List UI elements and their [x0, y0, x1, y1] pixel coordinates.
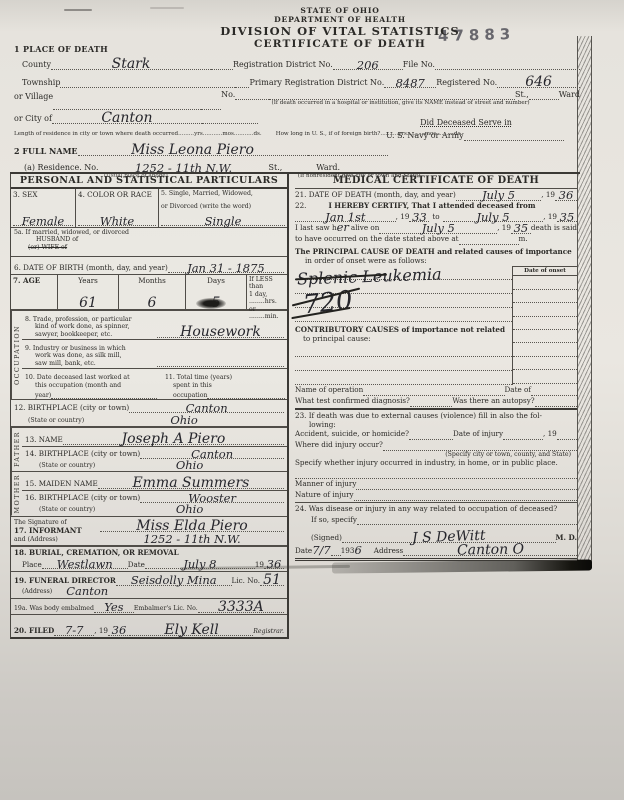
trade-label-3: sawyer, bookkeeper, etc.: [35, 331, 157, 338]
informant-label-3: and (Address): [14, 536, 100, 543]
blank-dotted-row: [295, 469, 577, 479]
birthplace-label: 12. BIRTHPLACE (city or town): [14, 403, 129, 413]
accident-row: Accident, suicide, or homicide? Date of …: [295, 429, 577, 440]
header-state: STATE OF OHIO: [160, 6, 520, 15]
alive-on-label: alive on: [351, 223, 379, 234]
father-group: FATHER 13. NAME Joseph A Piero 14. BIRTH…: [11, 428, 287, 472]
signed-date-value: 7/7: [312, 545, 331, 557]
dod-year-prefix: , 19: [541, 190, 555, 201]
her-handwritten: er: [337, 222, 349, 234]
row-16: 16. BIRTHPLACE (city or town) Wooster (S…: [22, 491, 287, 515]
manner-row: Manner of injury: [295, 479, 577, 490]
dob-label: 6. DATE OF BIRTH (month, day, and year): [14, 263, 168, 273]
manner-label: Manner of injury: [295, 479, 356, 490]
marital-cell: 5. Single, Married, Widowed, or Divorced…: [159, 189, 287, 227]
burial-date-value: July 8: [183, 559, 216, 571]
address-label: Address: [374, 546, 403, 557]
age-label: 7. AGE: [13, 276, 55, 286]
signed-date-label: Date: [295, 546, 312, 557]
signed-date-row: Date 7/7 193 6 Address Canton O: [295, 543, 577, 561]
where-injury-label: Where did injury occur?: [295, 440, 383, 451]
father-side-label: FATHER: [11, 428, 22, 471]
burial-place-value: Westlawn: [57, 559, 113, 571]
alive-year-prefix: , 19: [497, 223, 511, 234]
burial-year-value: 36: [267, 559, 282, 571]
county-label: County: [22, 60, 51, 70]
medical-title: MEDICAL CERTIFICATE OF DEATH: [295, 174, 577, 188]
contributory-line1: CONTRIBUTORY CAUSES of importance not re…: [295, 325, 512, 334]
burial-label: 18. BURIAL, CREMATION, OR REMOVAL: [14, 548, 284, 558]
signed-label: (Signed): [311, 533, 342, 544]
state-country-label: (State or country): [28, 417, 84, 424]
industry-label-2: work was done, as silk mill,: [35, 352, 157, 359]
test-label: What test confirmed diagnosis?: [295, 396, 410, 407]
accident-label: Accident, suicide, or homicide?: [295, 429, 409, 440]
label-5a: 5a. If married, widowed, or divorced: [14, 229, 284, 236]
primary-registration-label: Primary Registration District No.: [249, 78, 384, 88]
race-cell: 4. COLOR OR RACE White: [76, 189, 159, 227]
served-line2: U. S. Navy or Army: [386, 131, 464, 141]
less-than-cell: If LESS than 1 day, ........hrs. or ....…: [247, 275, 287, 309]
header-department: DEPARTMENT OF HEALTH: [160, 15, 520, 24]
trade-value: Housework: [180, 325, 261, 339]
dod-year-value: 36: [559, 190, 574, 202]
mother-group: MOTHER 15. MAIDEN NAME Emma Summers 16. …: [11, 472, 287, 517]
lic-no-label: Lic. No.: [232, 576, 260, 586]
row-19: 19. FUNERAL DIRECTOR Seisdolly Mina Lic.…: [11, 572, 287, 599]
row-12: 12. BIRTHPLACE (city or town) Canton (St…: [11, 400, 287, 428]
last-saw-row: I last saw h er alive on July 5 , 19 35 …: [295, 222, 577, 234]
father-name-value: Joseph A Piero: [122, 432, 226, 446]
father-birthplace-label: 14. BIRTHPLACE (city or town): [25, 449, 140, 459]
sex-value: Female: [22, 216, 64, 228]
if-so-label: If so, specify: [311, 515, 357, 526]
form-columns: PERSONAL AND STATISTICAL PARTICULARS 3. …: [10, 172, 580, 639]
embalmer-lic-label: Embalmer's Lic. No.: [134, 605, 198, 612]
autopsy-label: Was there an autopsy?: [452, 396, 534, 407]
item-23-line2: lowing:: [295, 421, 577, 430]
scanned-death-certificate: { "scan": { "stamp": "47883" }, "header"…: [0, 0, 624, 800]
burial-year-prefix: 19: [255, 560, 264, 570]
diagnosis-row: What test confirmed diagnosis? Was there…: [295, 396, 577, 410]
filed-year-prefix: , 19: [94, 626, 108, 636]
item-22-number: 22.: [295, 201, 306, 212]
m-label: m.: [519, 234, 528, 245]
age-cell: 7. AGE: [11, 275, 58, 309]
occurred-row: to have occurred on the date stated abov…: [295, 234, 577, 245]
row-13: 13. NAME Joseph A Piero: [22, 428, 287, 447]
township-row: Township Primary Registration District N…: [14, 70, 580, 88]
full-name-value: Miss Leona Piero: [131, 143, 254, 157]
date-of-death-row: 21. DATE OF DEATH (month, day, and year)…: [295, 188, 577, 201]
age-row: 7. AGE Years 61 Months 6 Days 5 If LESS …: [11, 275, 287, 311]
informant-label-2: 17. INFORMANT: [14, 526, 100, 536]
father-state-label: (State or country): [39, 462, 95, 469]
race-label: 4. COLOR OR RACE: [78, 190, 156, 200]
marital-label-2: or Divorced (write the word): [161, 203, 285, 210]
hospital-note: (If death occurred in a hospital or inst…: [221, 100, 580, 106]
attended-to-value: July 5: [476, 212, 509, 224]
registered-no-value: 646: [525, 75, 552, 89]
row-18: 18. BURIAL, CREMATION, OR REMOVAL Place …: [11, 547, 287, 572]
personal-particulars-column: PERSONAL AND STATISTICAL PARTICULARS 3. …: [10, 174, 289, 639]
cause-lines: CONTRIBUTORY CAUSES of importance not re…: [295, 266, 512, 385]
last-saw-label: I last saw h: [295, 223, 337, 234]
to-year-value: 35: [560, 212, 575, 224]
informant-signature: Miss Elda Piero: [136, 519, 247, 533]
specify-row: Specify whether injury occurred in indus…: [295, 458, 577, 469]
registered-no-label: Registered No.: [436, 78, 497, 88]
operation-date-label: Date of: [505, 385, 531, 396]
date-of-death-label: 21. DATE OF DEATH (month, day, and year): [295, 190, 456, 201]
filed-year-value: 36: [112, 625, 127, 637]
lic-no-value: 51: [263, 573, 281, 587]
cause-of-death-area: CONTRIBUTORY CAUSES of importance not re…: [295, 266, 577, 385]
occupation-side-label: OCCUPATION: [11, 311, 22, 399]
nature-label: Nature of injury: [295, 490, 354, 501]
injury-date-label: Date of injury: [453, 429, 503, 440]
date-of-onset-column: Date of onset: [512, 266, 577, 385]
residence-row: (a) Residence. No. 1252 - 11th N.W. St.,…: [14, 156, 580, 173]
fd-address-value: Canton: [66, 586, 108, 598]
ward-label: Ward: [559, 90, 580, 100]
filed-date-value: 7-7: [65, 625, 84, 637]
sex-cell: 3. SEX Female: [11, 189, 76, 227]
signed-row: (Signed) J S DeWitt M. D.: [295, 525, 577, 543]
residence-length-label: Length of residence in city or town wher…: [14, 131, 262, 137]
months-value: 6: [148, 296, 157, 310]
if-so-row: If so, specify: [295, 515, 577, 526]
wife-of-label: (or) WIFE of: [28, 244, 284, 251]
row-17: The Signature of 17. INFORMANT and (Addr…: [11, 517, 287, 547]
ink-blot: [196, 298, 226, 309]
less-label-2: 1 day, ........hrs.: [249, 291, 285, 306]
county-value: Stark: [112, 57, 151, 71]
dob-row: 6. DATE OF BIRTH (month, day, and year) …: [11, 257, 287, 275]
contributory-line2: to principal cause:: [303, 334, 512, 343]
from-year-prefix: , 19: [396, 212, 410, 223]
dob-value: Jan 31 - 1875: [187, 263, 265, 275]
embalmer-lic-value: 3333A: [218, 600, 264, 614]
mother-state-label: (State or country): [39, 506, 95, 513]
specify-label: Specify whether injury occurred in indus…: [295, 458, 558, 469]
contributory-heading: CONTRIBUTORY CAUSES of importance not re…: [295, 325, 512, 343]
no-label: No.: [221, 90, 235, 100]
days-cell: Days 5: [186, 275, 247, 309]
item-24-row: 24. Was disease or injury in any way rel…: [295, 504, 577, 515]
burial-date-label: Date: [128, 560, 145, 570]
marital-label-1: 5. Single, Married, Widowed,: [161, 190, 285, 197]
registrar-signature: Ely Kell: [164, 623, 218, 637]
to-year-prefix: , 19: [543, 212, 557, 223]
row-8: 8. Trade, profession, or particular kind…: [22, 311, 287, 340]
md-label: M. D.: [556, 533, 577, 544]
registrar-label: Registrar.: [253, 628, 284, 635]
county-row: County Stark Registration District No. 2…: [14, 54, 580, 70]
death-said-label: death is said: [531, 223, 577, 234]
personal-title: PERSONAL AND STATISTICAL PARTICULARS: [11, 174, 287, 189]
operation-row: Name of operation Date of: [295, 385, 577, 396]
village-row: or Village No. St., Ward (If death occur…: [14, 88, 580, 108]
embalmed-value: Yes: [104, 602, 123, 614]
mother-side-label: MOTHER: [11, 472, 22, 516]
street-ward-group: No. St., Ward (If death occurred in a ho…: [221, 88, 580, 106]
funeral-director-value: Seisdolly Mina: [131, 575, 217, 587]
months-cell: Months 6: [119, 275, 186, 309]
mother-name-label: 15. MAIDEN NAME: [25, 479, 98, 489]
occupation-related-label: 24. Was disease or injury in any way rel…: [295, 504, 557, 515]
navy-army-block: Did Deceased Serve in U. S. Navy or Army: [368, 118, 564, 141]
row-14: 14. BIRTHPLACE (city or town) Canton (St…: [22, 447, 287, 471]
years-label: Years: [60, 276, 116, 286]
village-label: or Village: [14, 92, 53, 102]
husband-of-label: HUSBAND of: [36, 236, 284, 243]
row-20: 20. FILED 7-7 , 19 36 Ely Kell Registrar…: [11, 615, 287, 637]
last-worked-label-3: year): [35, 392, 51, 399]
trade-label-1: 8. Trade, profession, or particular: [25, 316, 157, 323]
medical-certificate-column: MEDICAL CERTIFICATE OF DEATH 21. DATE OF…: [289, 174, 580, 561]
signed-year-prefix: 193: [341, 546, 355, 557]
registration-district-label: Registration District No.: [233, 60, 333, 70]
nature-row: Nature of injury: [295, 490, 577, 503]
years-value: 61: [79, 296, 97, 310]
last-worked-label-1: 10. Date deceased last worked at: [25, 374, 157, 381]
address-value: Canton O: [456, 543, 523, 558]
row-15: 15. MAIDEN NAME Emma Summers: [22, 472, 287, 491]
industry-label-3: saw mill, bank, etc.: [35, 360, 157, 367]
city-value: Canton: [101, 111, 152, 125]
race-value: White: [100, 216, 134, 228]
total-time-label-3: occupation: [173, 392, 207, 399]
header-division: DIVISION OF VITAL STATISTICS: [160, 24, 520, 38]
occurred-label: to have occurred on the date stated abov…: [295, 234, 459, 245]
mother-birthplace-label: 16. BIRTHPLACE (city or town): [25, 493, 140, 503]
external-causes-label-2: lowing:: [309, 421, 336, 430]
less-label-1: If LESS than: [249, 276, 285, 291]
industry-label-1: 9. Industry or business in which: [25, 345, 157, 352]
years-cell: Years 61: [58, 275, 119, 309]
township-label: Township: [22, 78, 60, 88]
scan-smudge: [64, 9, 92, 11]
full-name-label: 2 FULL NAME: [14, 146, 78, 156]
total-time-label-1: 11. Total time (years): [165, 374, 285, 381]
filed-label: 20. FILED: [14, 626, 54, 636]
operation-label: Name of operation: [295, 385, 363, 396]
state-country-value: Ohio: [170, 415, 197, 427]
place-of-death-block: 1 PLACE OF DEATH County Stark Registrati…: [14, 44, 580, 179]
signed-year-value: 6: [354, 545, 361, 557]
where-injury-row: Where did injury occur? (Specify city or…: [295, 440, 577, 458]
row-10-11: 10. Date deceased last worked at this oc…: [22, 369, 287, 399]
father-state-value: Ohio: [176, 460, 203, 472]
father-name-label: 13. NAME: [25, 435, 63, 445]
item-23-line1: 23. If death was due to external causes …: [295, 411, 577, 421]
place-of-death-label: 1 PLACE OF DEATH: [14, 44, 580, 54]
fd-address-label: (Address): [22, 588, 52, 595]
informant-address: 1252 - 11th N.W.: [143, 534, 240, 546]
mother-state-value: Ohio: [176, 504, 203, 516]
file-no-label: File No.: [403, 60, 435, 70]
city-label: or City of: [14, 114, 52, 124]
last-worked-label-2: this occupation (month and: [35, 382, 157, 389]
principal-cause-line1: The PRINCIPAL CAUSE OF DEATH and related…: [295, 247, 577, 256]
sex-label: 3. SEX: [13, 190, 73, 200]
where-injury-note: (Specify city or town, county, and State…: [295, 451, 571, 458]
days-label: Days: [188, 276, 244, 286]
trade-label-2: kind of work done, as spinner,: [35, 323, 157, 330]
served-line1: Did Deceased Serve in: [368, 118, 564, 128]
principal-cause-heading: The PRINCIPAL CAUSE OF DEATH and related…: [295, 247, 577, 266]
registration-district-value: 206: [357, 60, 379, 72]
injury-19: , 19: [543, 429, 557, 440]
sex-race-marital-row: 3. SEX Female 4. COLOR OR RACE White 5. …: [11, 189, 287, 228]
occupation-group: OCCUPATION 8. Trade, profession, or part…: [11, 311, 287, 400]
informant-label-1: The Signature of: [14, 519, 100, 526]
st-label: St.,: [515, 90, 529, 100]
total-time-label-2: spent in this: [173, 382, 285, 389]
date-of-onset-header: Date of onset: [513, 267, 577, 276]
months-label: Months: [121, 276, 183, 286]
row-9: 9. Industry or business in which work wa…: [22, 340, 287, 369]
marital-value: Single: [205, 216, 242, 228]
row-5a: 5a. If married, widowed, or divorced HUS…: [11, 228, 287, 257]
mother-name-value: Emma Summers: [132, 476, 249, 490]
burial-place-label: Place: [22, 560, 42, 570]
row-19a: 19a. Was body embalmed Yes Embalmer's Li…: [11, 599, 287, 615]
embalmed-label: 19a. Was body embalmed: [14, 605, 94, 612]
